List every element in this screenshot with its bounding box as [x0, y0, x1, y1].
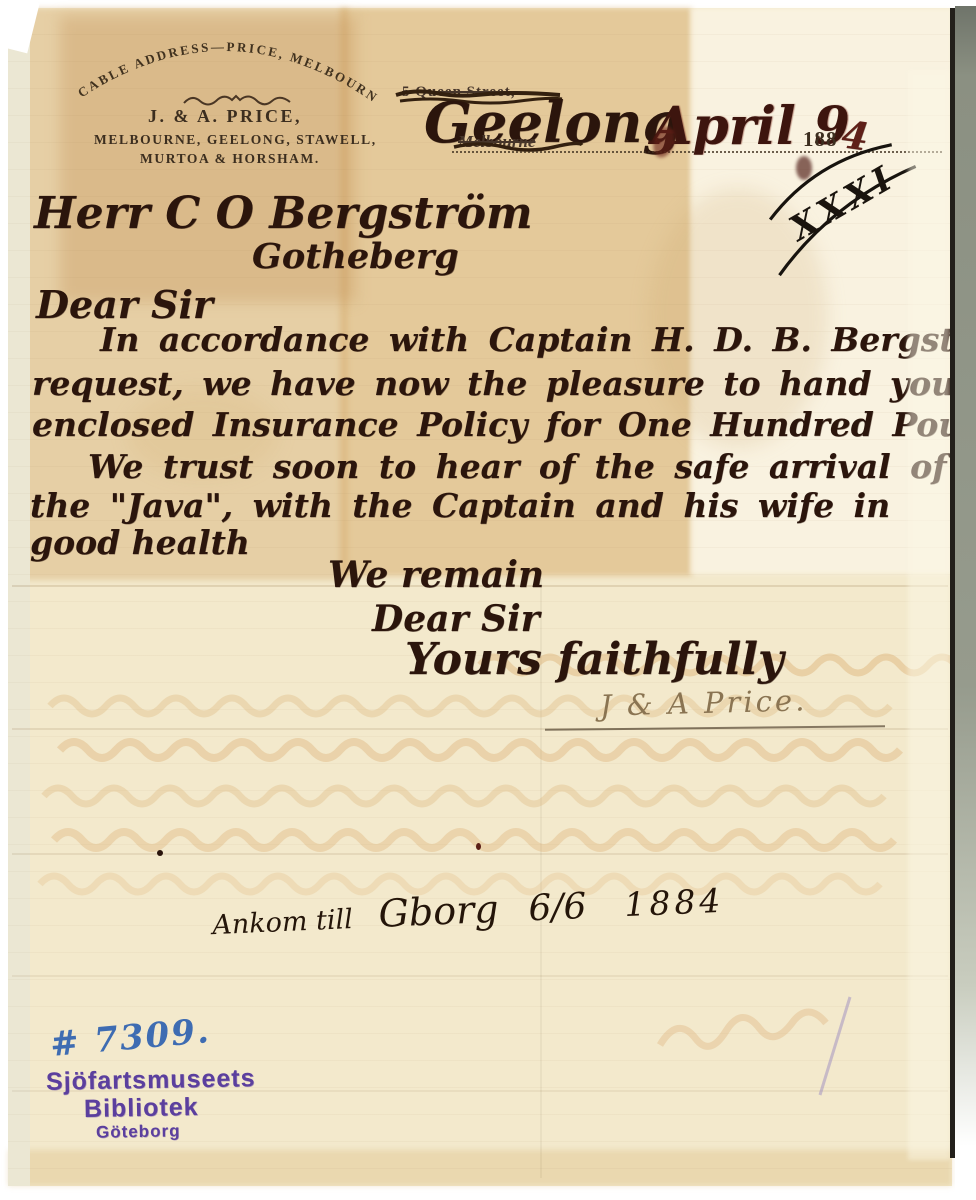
- received-note-day: 6/6: [528, 886, 588, 929]
- received-note-year: 1884: [624, 881, 726, 924]
- underlying-sheet-edge: [908, 70, 950, 1160]
- body-line-6: good health: [30, 523, 250, 562]
- scanner-background: [955, 6, 976, 1200]
- body-line-3: enclosed Insurance Policy for One Hundre…: [32, 405, 976, 444]
- closing-we-remain: We remain: [328, 554, 544, 596]
- scanned-letter: CABLE ADDRESS—PRICE, MELBOURNE. J. & A. …: [0, 0, 976, 1200]
- recipient-name: Herr C O Bergström: [34, 188, 533, 239]
- body-line-5: the "Java", with the Captain and his wif…: [30, 486, 890, 525]
- library-stamp-line-1: Sjöfartsmuseets: [46, 1064, 256, 1097]
- ink-bleedthrough-bottom: [650, 975, 920, 1115]
- letterhead-branches-1: MELBOURNE, GEELONG, STAWELL,: [94, 132, 377, 148]
- library-stamp-line-2: Bibliotek: [84, 1093, 199, 1124]
- ink-speck: [157, 850, 163, 856]
- received-note-place: Gborg: [378, 887, 500, 936]
- ink-scribble-city: [452, 138, 584, 156]
- body-line-2: request, we have now the pleasure to han…: [32, 364, 976, 403]
- received-note-prefix: Ankom till: [212, 904, 354, 941]
- library-stamp-line-3: Göteborg: [96, 1121, 181, 1142]
- ink-speck: [476, 843, 481, 850]
- letterhead-branches-2: MURTOA & HORSHAM.: [140, 151, 320, 167]
- closing-yours-faithfully: Yours faithfully: [405, 634, 784, 685]
- recipient-city: Gotheberg: [252, 236, 459, 277]
- signature: J & A Price.: [600, 683, 808, 722]
- body-line-4: We trust soon to hear of the safe arriva…: [88, 447, 946, 486]
- body-line-1: In accordance with Captain H. D. B. Berg…: [100, 320, 976, 359]
- letterhead-firm-name: J. & A. PRICE,: [148, 106, 302, 127]
